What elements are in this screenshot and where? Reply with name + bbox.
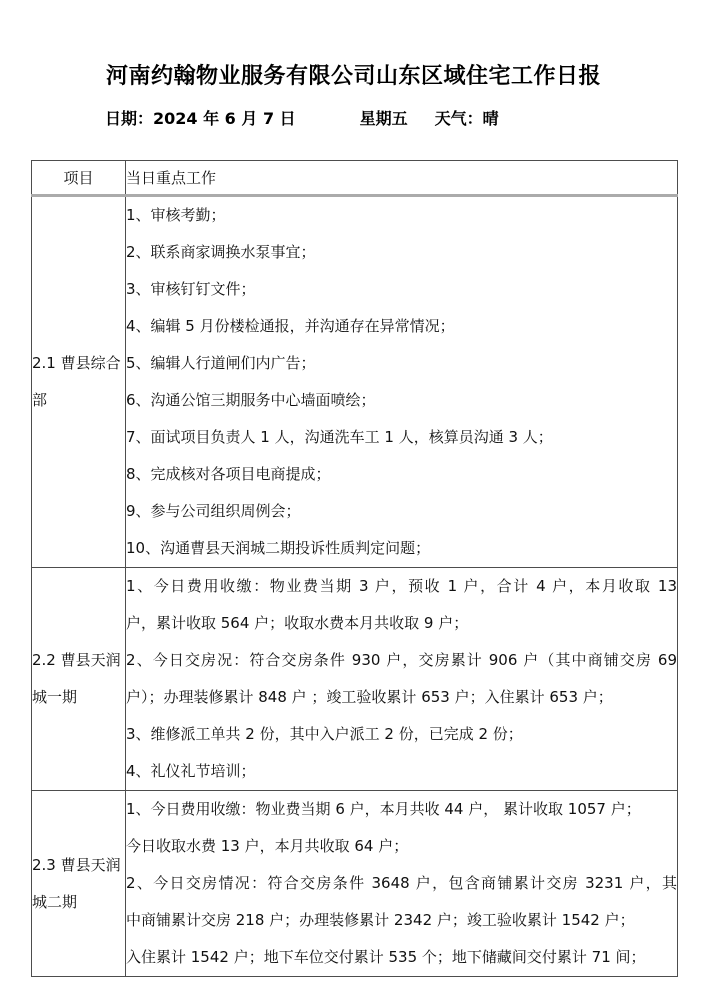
work-line: 10、沟通曹县天润城二期投诉性质判定问题； (126, 530, 677, 567)
work-line: 1、今日费用收缴：物业费当期 6 户，本月共收 44 户， 累计收取 1057 … (126, 791, 677, 828)
daily-report-table: 项目 当日重点工作 2.1 曹县综合部1、审核考勤；2、联系商家调换水泵事宜；3… (31, 160, 678, 977)
work-line: 4、礼仪礼节培训； (126, 753, 677, 790)
project-label: 2.1 曹县综合部 (32, 196, 126, 568)
work-line: 5、编辑人行道闸们内广告； (126, 345, 677, 382)
table-header-row: 项目 当日重点工作 (32, 161, 678, 196)
column-header-project: 项目 (32, 161, 126, 196)
work-cell: 1、今日费用收缴：物业费当期 3 户，预收 1 户，合计 4 户，本月收取 13… (126, 568, 678, 791)
work-line: 1、今日费用收缴：物业费当期 3 户，预收 1 户，合计 4 户，本月收取 13 (126, 568, 677, 605)
table-row: 2.2 曹县天润城一期1、今日费用收缴：物业费当期 3 户，预收 1 户，合计 … (32, 568, 678, 791)
work-line: 今日收取水费 13 户，本月共收取 64 户； (126, 828, 677, 865)
work-line: 户）；办理装修累计 848 户 ；竣工验收累计 653 户；入住累计 653 户… (126, 679, 677, 716)
work-cell: 1、今日费用收缴：物业费当期 6 户，本月共收 44 户， 累计收取 1057 … (126, 791, 678, 977)
work-line: 入住累计 1542 户；地下车位交付累计 535 个；地下储藏间交付累计 71 … (126, 939, 677, 976)
work-line: 7、面试项目负责人 1 人，沟通洗车工 1 人，核算员沟通 3 人； (126, 419, 677, 456)
work-line: 6、沟通公馆三期服务中心墙面喷绘； (126, 382, 677, 419)
work-line: 2、今日交房况：符合交房条件 930 户，交房累计 906 户（其中商铺交房 6… (126, 642, 677, 679)
work-line: 2、联系商家调换水泵事宜； (126, 234, 677, 271)
project-label: 2.2 曹县天润城一期 (32, 568, 126, 791)
daily-report-document: 河南约翰物业服务有限公司山东区域住宅工作日报 日期：2024 年 6 月 7 日… (0, 0, 707, 999)
work-line: 2、今日交房情况：符合交房条件 3648 户，包含商铺累计交房 3231 户，其 (126, 865, 677, 902)
project-label: 2.3 曹县天润城二期 (32, 791, 126, 977)
page-title: 河南约翰物业服务有限公司山东区域住宅工作日报 (0, 0, 707, 92)
work-cell: 1、审核考勤；2、联系商家调换水泵事宜；3、审核钉钉文件；4、编辑 5 月份楼检… (126, 196, 678, 568)
work-line: 4、编辑 5 月份楼检通报，并沟通存在异常情况； (126, 308, 677, 345)
table-row: 2.1 曹县综合部1、审核考勤；2、联系商家调换水泵事宜；3、审核钉钉文件；4、… (32, 196, 678, 568)
work-line: 1、审核考勤； (126, 197, 677, 234)
weather-value: 天气：晴 (435, 109, 499, 128)
work-line: 3、维修派工单共 2 份，其中入户派工 2 份，已完成 2 份； (126, 716, 677, 753)
work-line: 3、审核钉钉文件； (126, 271, 677, 308)
date-value: 日期：2024 年 6 月 7 日 (105, 109, 296, 128)
weekday-value: 星期五 (360, 109, 408, 128)
work-line: 8、完成核对各项目电商提成； (126, 456, 677, 493)
table-body: 2.1 曹县综合部1、审核考勤；2、联系商家调换水泵事宜；3、审核钉钉文件；4、… (32, 196, 678, 977)
work-line: 户，累计收取 564 户；收取水费本月共收取 9 户； (126, 605, 677, 642)
work-line: 中商铺累计交房 218 户；办理装修累计 2342 户；竣工验收累计 1542 … (126, 902, 677, 939)
table-row: 2.3 曹县天润城二期1、今日费用收缴：物业费当期 6 户，本月共收 44 户，… (32, 791, 678, 977)
column-header-work: 当日重点工作 (126, 161, 678, 196)
date-line: 日期：2024 年 6 月 7 日星期五天气：晴 (0, 106, 707, 132)
work-line: 9、参与公司组织周例会； (126, 493, 677, 530)
